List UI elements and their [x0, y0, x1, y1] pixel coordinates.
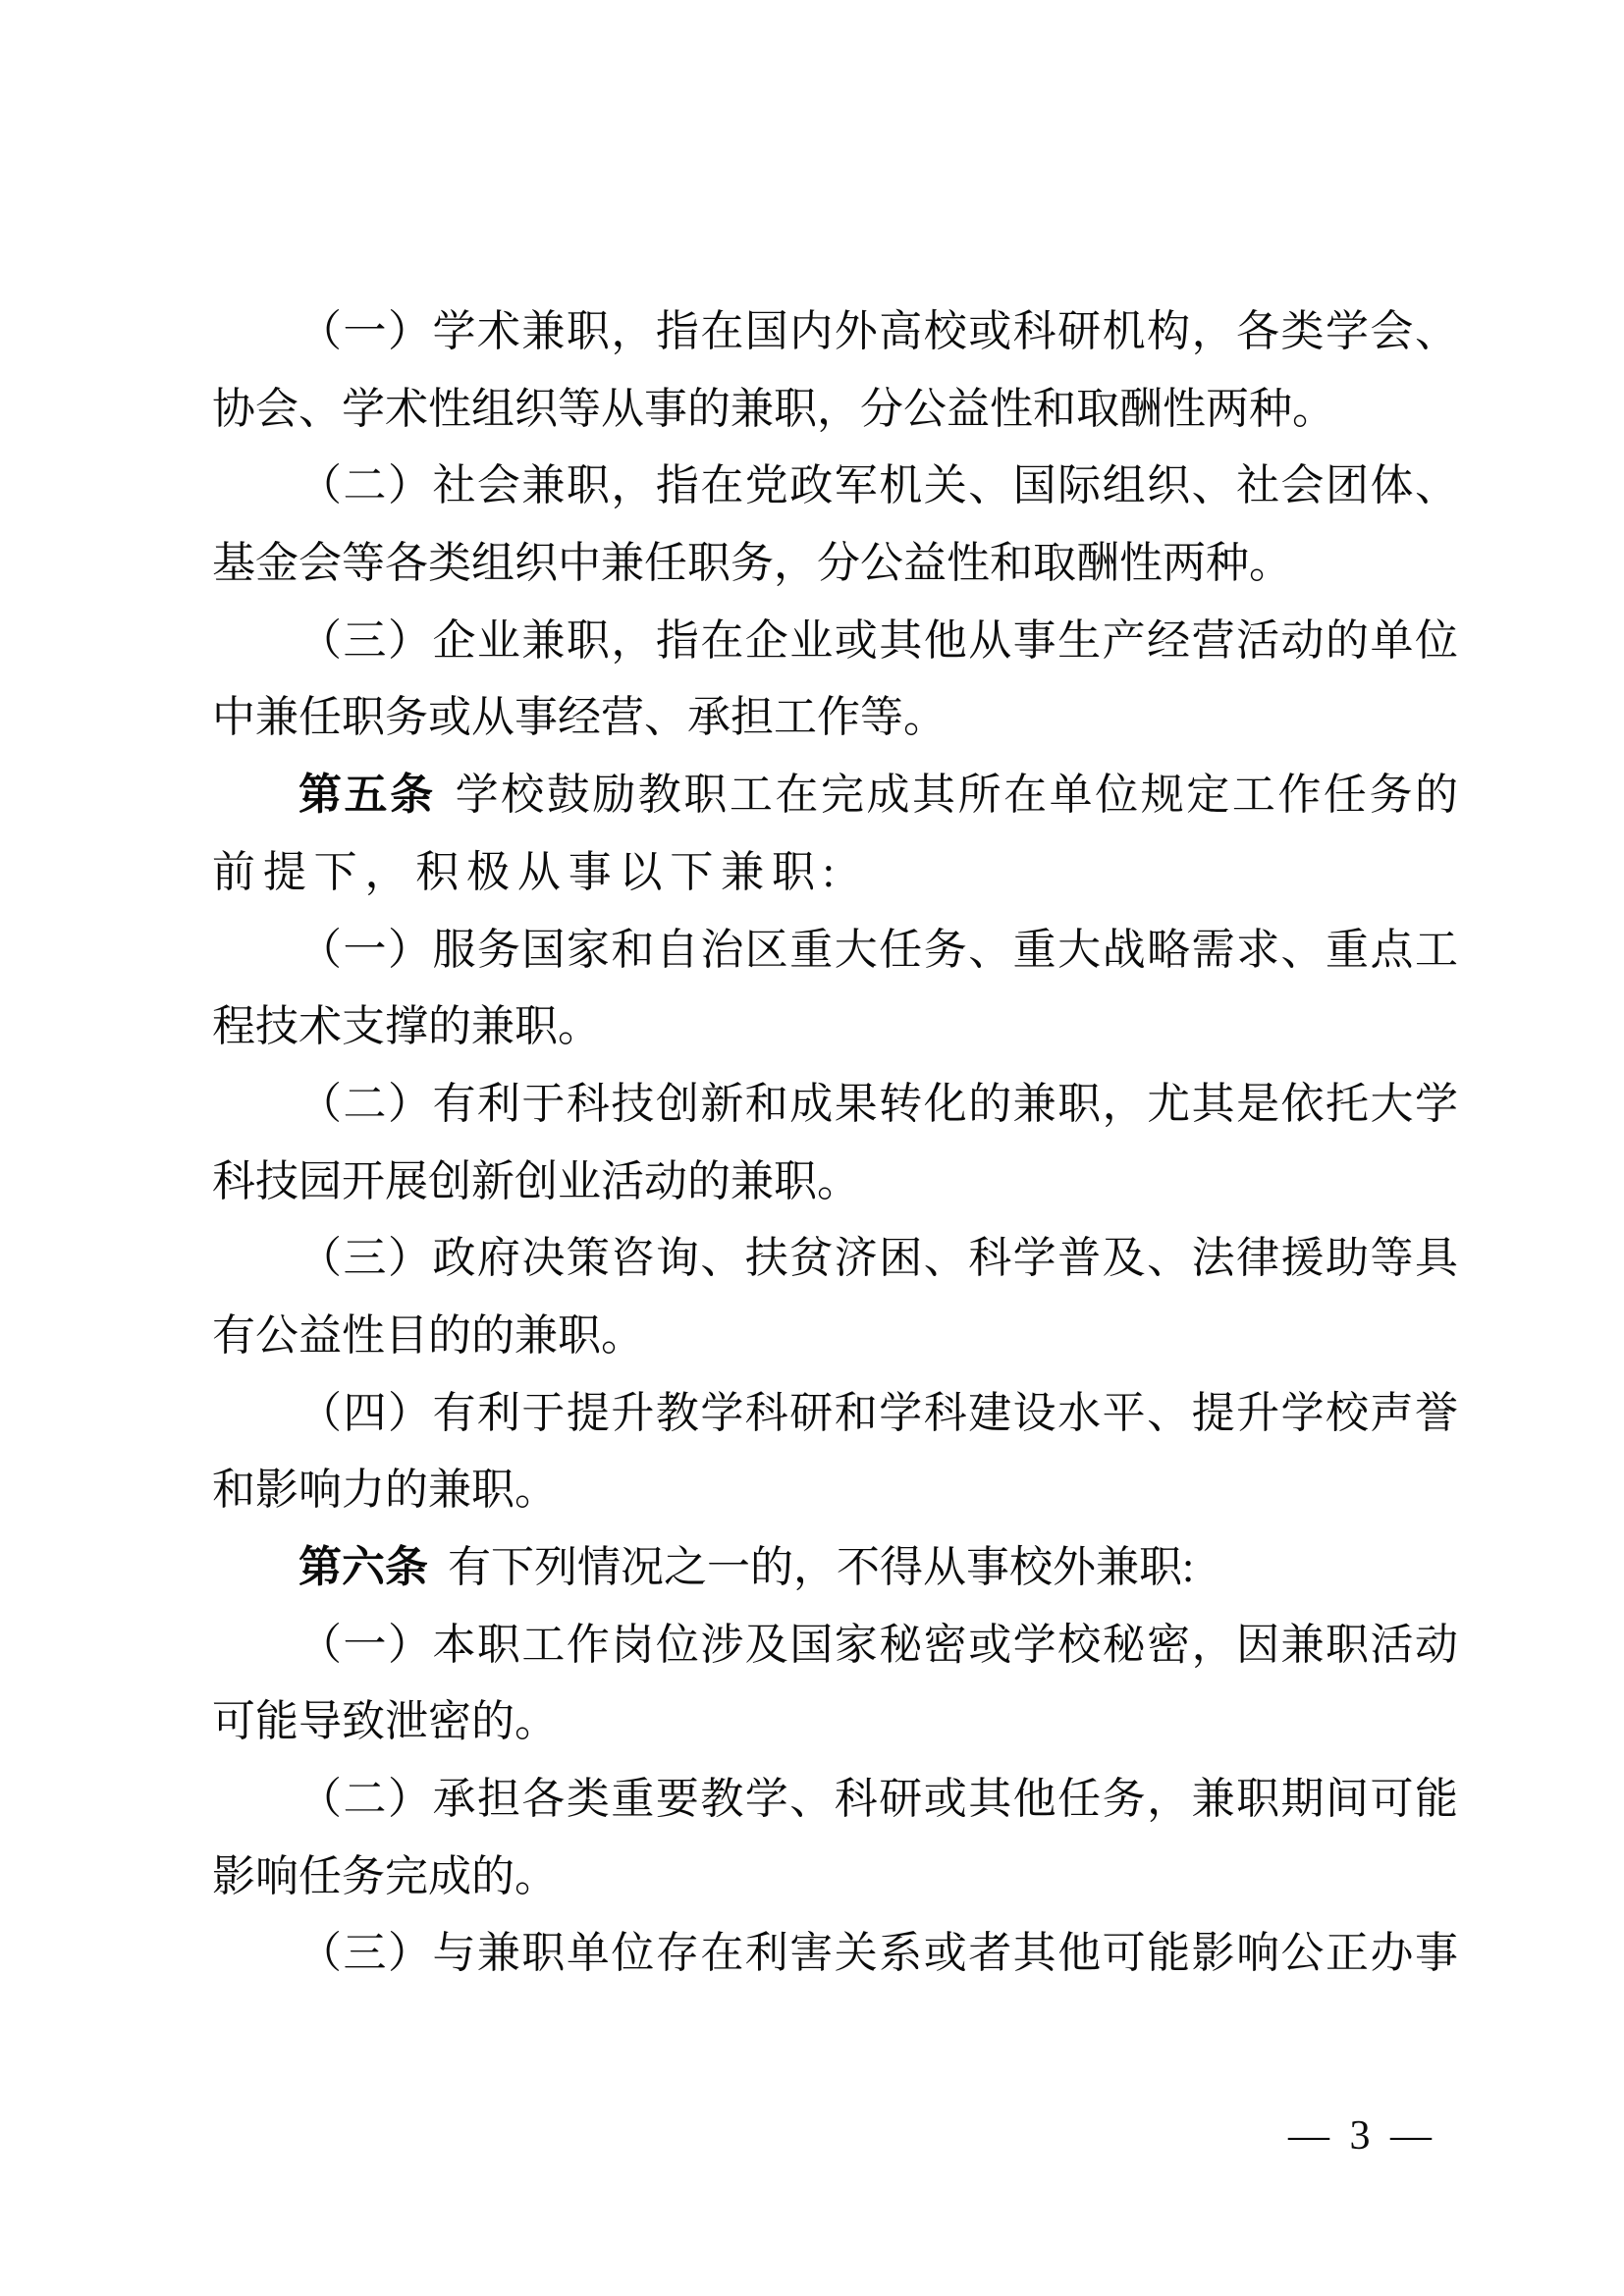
page-number: — 3 — — [1288, 2107, 1436, 2165]
line-text: 协会、学术性组织等从事的兼职，分公益性和取酬性两种。 — [212, 385, 1335, 433]
line-text: 前提下，积极从事以下兼职: — [212, 848, 835, 896]
line-text: （三）企业兼职，指在企业或其他从事生产经营活动的单位 — [298, 616, 1458, 665]
line-text: （三）与兼职单位存在利害关系或者其他可能影响公正办事 — [298, 1929, 1458, 1977]
line-text: 影响任务完成的。 — [212, 1852, 558, 1900]
line-text: （二）承担各类重要教学、科研或其他任务，兼职期间可能 — [298, 1775, 1458, 1823]
line-text: （二）社会兼职，指在党政军机关、国际组织、社会团体、 — [298, 461, 1458, 509]
article-number-label: 第五条 — [298, 771, 436, 819]
text-line: 影响任务完成的。 — [212, 1839, 1458, 1916]
line-text: （三）政府决策咨询、扶贫济困、科学普及、法律援助等具 — [298, 1234, 1458, 1282]
text-line: 和影响力的兼职。 — [212, 1452, 1458, 1529]
text-line: 科技园开展创新创业活动的兼职。 — [212, 1144, 1458, 1221]
text-line: （四）有利于提升教学科研和学科建设水平、提升学校声誉 — [212, 1375, 1458, 1453]
text-line: 前提下，积极从事以下兼职: — [212, 834, 835, 912]
text-line: 第五条学校鼓励教职工在完成其所在单位规定工作任务的 — [212, 757, 1458, 834]
line-text: 中兼任职务或从事经营、承担工作等。 — [212, 693, 947, 741]
text-line: （二）有利于科技创新和成果转化的兼职，尤其是依托大学 — [212, 1066, 1458, 1144]
line-text: 有公益性目的的兼职。 — [212, 1311, 644, 1360]
text-line: （二）社会兼职，指在党政军机关、国际组织、社会团体、 — [212, 448, 1458, 525]
text-line: 可能导致泄密的。 — [212, 1683, 1458, 1761]
line-text: 程技术支撑的兼职。 — [212, 1002, 601, 1050]
text-line: 第六条有下列情况之一的，不得从事校外兼职: — [212, 1529, 1458, 1607]
line-text: 和影响力的兼职。 — [212, 1466, 558, 1514]
text-line: （一）学术兼职，指在国内外高校或科研机构，各类学会、 — [212, 294, 1458, 371]
text-line: 协会、学术性组织等从事的兼职，分公益性和取酬性两种。 — [212, 371, 1458, 449]
text-line: 程技术支撑的兼职。 — [212, 988, 1458, 1066]
line-text: （一）学术兼职，指在国内外高校或科研机构，各类学会、 — [298, 307, 1458, 355]
text-line: 有公益性目的的兼职。 — [212, 1298, 1458, 1375]
document-text: （一）学术兼职，指在国内外高校或科研机构，各类学会、 协会、学术性组织等从事的兼… — [212, 294, 1458, 1993]
text-line: （一）服务国家和自治区重大任务、重大战略需求、重点工 — [212, 912, 1458, 989]
text-line: 中兼任职务或从事经营、承担工作等。 — [212, 679, 1458, 757]
line-text: （四）有利于提升教学科研和学科建设水平、提升学校声誉 — [298, 1389, 1458, 1437]
line-text: 学校鼓励教职工在完成其所在单位规定工作任务的 — [456, 771, 1458, 819]
text-line: （三）与兼职单位存在利害关系或者其他可能影响公正办事 — [212, 1915, 1458, 1993]
text-line: （三）企业兼职，指在企业或其他从事生产经营活动的单位 — [212, 603, 1458, 680]
text-line: （二）承担各类重要教学、科研或其他任务，兼职期间可能 — [212, 1761, 1458, 1839]
line-text: （一）本职工作岗位涉及国家秘密或学校秘密，因兼职活动 — [298, 1621, 1458, 1669]
article-number-label: 第六条 — [298, 1543, 428, 1591]
text-line: （三）政府决策咨询、扶贫济困、科学普及、法律援助等具 — [212, 1220, 1458, 1298]
text-line: 基金会等各类组织中兼任职务，分公益性和取酬性两种。 — [212, 525, 1458, 603]
line-text: 有下列情况之一的，不得从事校外兼职: — [448, 1543, 1194, 1591]
line-text: 科技园开展创新创业活动的兼职。 — [212, 1157, 860, 1205]
text-line: （一）本职工作岗位涉及国家秘密或学校秘密，因兼职活动 — [212, 1607, 1458, 1684]
line-text: 可能导致泄密的。 — [212, 1697, 558, 1745]
line-text: （二）有利于科技创新和成果转化的兼职，尤其是依托大学 — [298, 1080, 1458, 1128]
line-text: 基金会等各类组织中兼任职务，分公益性和取酬性两种。 — [212, 539, 1292, 587]
line-text: （一）服务国家和自治区重大任务、重大战略需求、重点工 — [298, 926, 1458, 974]
